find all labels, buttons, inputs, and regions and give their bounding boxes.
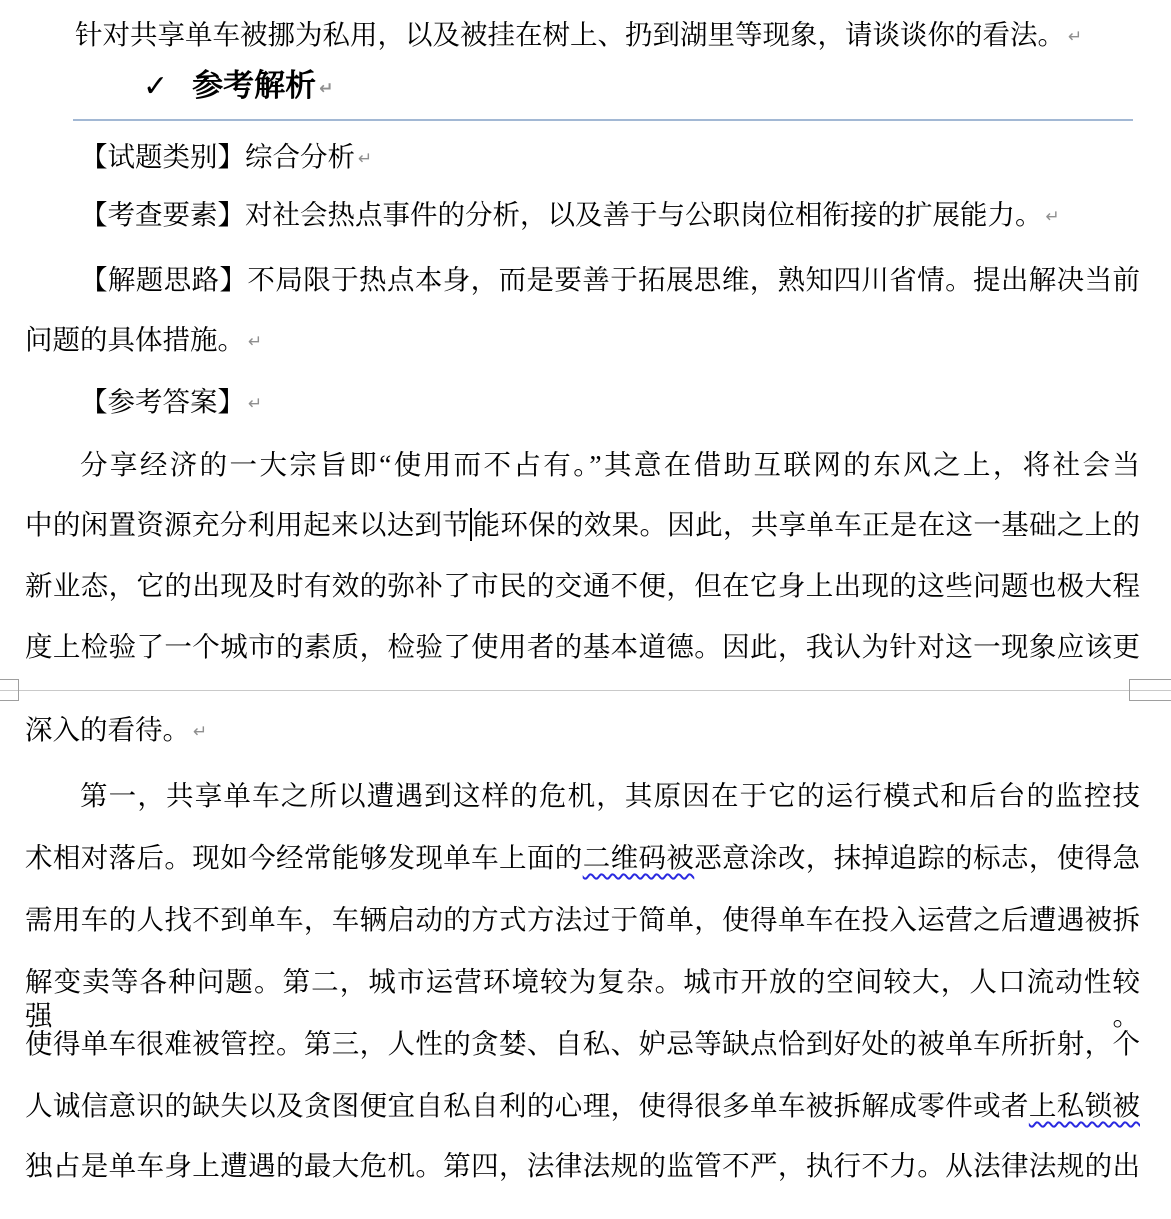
paragraph-mark-icon: ↵ [1046,207,1060,227]
answer-text: 第一，共享单车之所以遭遇到这样的危机，其原因在于它的运行模式和后台的监控技 [80,780,1140,811]
answer-text: 术相对落后。现如今经常能够发现单车上面的 [25,842,583,873]
paragraph-mark-icon: ↵ [1068,27,1082,47]
meta-approach-text-2: 问题的具体措施。 [25,324,245,355]
page-margin-marker-left [0,679,19,701]
meta-approach-line-1[interactable]: 【解题思路】不局限于热点本身，而是要善于拓展思维，熟知四川省情。提出解决当前 [25,263,1140,297]
paragraph-mark-icon: ↵ [319,79,333,99]
answer-text: 深入的看待。 [25,714,190,745]
answer-p2-line-3[interactable]: 需用车的人找不到单车，车辆启动的方式方法过于简单，使得单车在投入运营之后遭遇被拆 [25,903,1140,937]
spellcheck-squiggle: 上私锁被 [1029,1090,1140,1121]
answer-text: 度上检验了一个城市的素质，检验了使用者的基本道德。因此，我认为针对这一现象应该更 [25,631,1140,662]
answer-p1-line-5[interactable]: 深入的看待。↵ [25,713,1140,749]
page-margin-marker-right [1129,679,1171,701]
document-page: 针对共享单车被挪为私用，以及被挂在树上、扔到湖里等现象，请谈谈你的看法。↵ ✓参… [0,0,1171,1219]
meta-elements-line[interactable]: 【考查要素】对社会热点事件的分析，以及善于与公职岗位相衔接的扩展能力。↵ [25,198,1140,234]
meta-approach-text-1: 【解题思路】不局限于热点本身，而是要善于拓展思维，熟知四川省情。提出解决当前 [80,264,1140,295]
answer-p2-line-2[interactable]: 术相对落后。现如今经常能够发现单车上面的二维码被恶意涂改，抹掉追踪的标志，使得急 [25,841,1140,875]
answer-p2-line-5[interactable]: 使得单车很难被管控。第三，人性的贪婪、自私、妒忌等缺点恰到好处的被单车所折射，个 [25,1027,1140,1061]
answer-p1-line-1[interactable]: 分享经济的一大宗旨即“使用而不占有。”其意在借助互联网的东风之上，将社会当 [25,448,1140,482]
answer-text: 能环保的效果。因此，共享单车正是在这一基础之上的 [472,509,1140,540]
answer-text: 人诚信意识的缺失以及贪图便宜自私自利的心理，使得很多单车被拆解成零件或者 [25,1090,1029,1121]
page-break-line[interactable] [0,690,1171,691]
answer-text: 中的闲置资源充分利用起来以达到节 [25,509,470,540]
meta-type-text: 【试题类别】综合分析 [80,141,355,172]
meta-type-line[interactable]: 【试题类别】综合分析↵ [25,140,1140,176]
answer-text: 恶意涂改，抹掉追踪的标志，使得急 [694,842,1140,873]
answer-p1-line-3[interactable]: 新业态，它的出现及时有效的弥补了市民的交通不便，但在它身上出现的这些问题也极大程 [25,569,1140,603]
paragraph-mark-icon: ↵ [358,149,372,169]
answer-text: 解变卖等各种问题。第二，城市运营环境较为复杂。城市开放的空间较大，人口流动性较强… [25,966,1140,1031]
meta-approach-line-2[interactable]: 问题的具体措施。↵ [25,323,1140,359]
section-heading-title: 参考解析 [192,68,316,103]
paragraph-mark-icon: ↵ [193,722,207,742]
answer-text: 独占是单车身上遭遇的最大危机。第四，法律法规的监管不严，执行不力。从法律法规的出 [25,1150,1140,1181]
answer-p2-line-4[interactable]: 解变卖等各种问题。第二，城市运营环境较为复杂。城市开放的空间较大，人口流动性较强… [25,965,1140,1033]
paragraph-mark-icon: ↵ [248,394,262,414]
answer-label-text: 【参考答案】 [80,386,245,417]
section-heading[interactable]: ✓参考解析↵ [25,68,1140,107]
meta-elements-text: 【考查要素】对社会热点事件的分析，以及善于与公职岗位相衔接的扩展能力。 [80,199,1043,230]
answer-text: 使得单车很难被管控。第三，人性的贪婪、自私、妒忌等缺点恰到好处的被单车所折射，个 [25,1028,1140,1059]
answer-p1-line-4[interactable]: 度上检验了一个城市的素质，检验了使用者的基本道德。因此，我认为针对这一现象应该更 [25,630,1140,664]
answer-label-line[interactable]: 【参考答案】↵ [25,385,1140,421]
answer-text: 分享经济的一大宗旨即“使用而不占有。”其意在借助互联网的东风之上，将社会当 [80,449,1140,480]
answer-text: 新业态，它的出现及时有效的弥补了市民的交通不便，但在它身上出现的这些问题也极大程 [25,570,1140,601]
question-line[interactable]: 针对共享单车被挪为私用，以及被挂在树上、扔到湖里等现象，请谈谈你的看法。↵ [25,18,1140,54]
spellcheck-squiggle: 二维码被 [583,842,695,873]
answer-p2-line-7[interactable]: 独占是单车身上遭遇的最大危机。第四，法律法规的监管不严，执行不力。从法律法规的出 [25,1149,1140,1183]
answer-text: 需用车的人找不到单车，车辆启动的方式方法过于简单，使得单车在投入运营之后遭遇被拆 [25,904,1140,935]
checkmark-icon: ✓ [143,69,168,105]
answer-p2-line-1[interactable]: 第一，共享单车之所以遭遇到这样的危机，其原因在于它的运行模式和后台的监控技 [25,779,1140,813]
question-text: 针对共享单车被挪为私用，以及被挂在树上、扔到湖里等现象，请谈谈你的看法。 [75,19,1065,50]
paragraph-mark-icon: ↵ [248,332,262,352]
answer-p2-line-6[interactable]: 人诚信意识的缺失以及贪图便宜自私自利的心理，使得很多单车被拆解成零件或者上私锁被 [25,1089,1140,1123]
answer-p1-line-2[interactable]: 中的闲置资源充分利用起来以达到节能环保的效果。因此，共享单车正是在这一基础之上的 [25,508,1140,542]
heading-rule [73,119,1133,121]
